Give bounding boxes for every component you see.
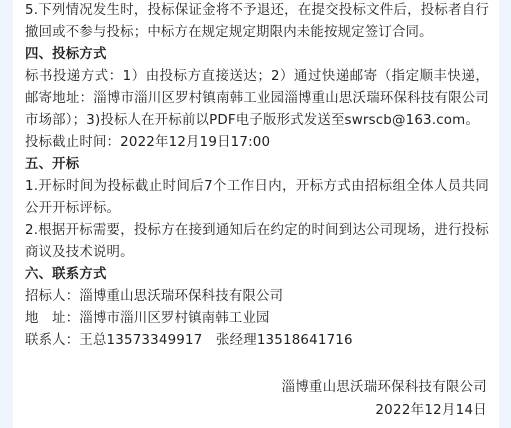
left-side-panel: [0, 0, 13, 428]
contact-address: 地 址：淄博市淄川区罗村镇南韩工业园: [25, 308, 489, 330]
paragraph-delivery-method: 标书投递方式：1）由投标方直接送达；2）通过快递邮寄（指定顺丰快递，邮寄地址：淄…: [25, 66, 489, 132]
section-heading-bid-method: 四、投标方式: [25, 44, 489, 66]
paragraph-opening-time: 1.开标时间为投标截止时间后7个工作日内，开标方式由招标组全体人员共同公开开标评…: [25, 176, 489, 220]
article-body: 5.下列情况发生时，投标保证金将不予退还，在提交投标文件后，投标者自行撤回或不参…: [25, 0, 489, 352]
right-side-panel: [499, 0, 511, 428]
paragraph-deadline: 投标截止时间：2022年12月19日17:00: [25, 132, 489, 154]
section-heading-contact: 六、联系方式: [25, 264, 489, 286]
contact-tenderer: 招标人：淄博重山思沃瑞环保科技有限公司: [25, 286, 489, 308]
paragraph-forfeit-conditions: 5.下列情况发生时，投标保证金将不予退还，在提交投标文件后，投标者自行撤回或不参…: [25, 0, 489, 44]
contact-persons: 联系人：王总13573349917 张经理13518641716: [25, 330, 489, 352]
signature-block: 淄博重山思沃瑞环保科技有限公司 2022年12月14日: [282, 376, 487, 422]
paragraph-opening-onsite: 2.根据开标需要，投标方在接到通知后在约定的时间到达公司现场，进行投标商议及技术…: [25, 220, 489, 264]
section-heading-bid-opening: 五、开标: [25, 154, 489, 176]
signature-date: 2022年12月14日: [282, 399, 487, 422]
signature-company: 淄博重山思沃瑞环保科技有限公司: [282, 376, 487, 399]
